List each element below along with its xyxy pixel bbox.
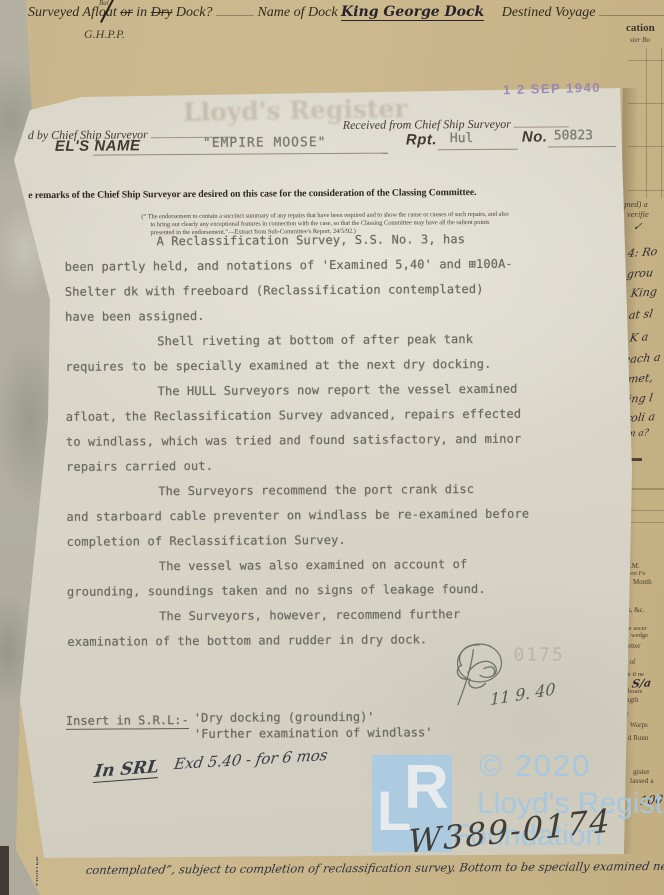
bleed-through-number: 0175 [513, 644, 565, 665]
report-content: d by Chief Ship Surveyor Received from C… [0, 0, 664, 895]
scanned-document: Bal Surveyed Afloat or in Dry Dock? Name… [0, 0, 664, 895]
typed-report-body: A Reclassification Survey, S.S. No. 3, h… [65, 232, 538, 660]
report-line: The Surveyors recommend the port crank d… [66, 482, 536, 510]
insert-item: 'Further examination of windlass' [194, 725, 433, 741]
form-rule [548, 146, 616, 147]
report-line: to windlass, which was tried and found s… [66, 432, 536, 460]
vessel-name-label: EL'S NAME [55, 137, 141, 155]
report-line: Shelter dk with freeboard (Reclassificat… [65, 282, 535, 310]
rpt-value: Hul [450, 131, 474, 146]
report-line: afloat, the Reclassification Survey adva… [66, 407, 536, 435]
report-line: have been assigned. [65, 307, 535, 335]
report-line: The Surveyors, however, recommend furthe… [67, 607, 537, 635]
rpt-label: Rpt. [406, 131, 437, 148]
no-value: 50823 [554, 128, 593, 143]
insert-item: 'Dry docking (grounding)' [194, 710, 375, 725]
blank-line [514, 115, 569, 127]
report-line: Shell riveting at bottom of after peak t… [65, 332, 535, 360]
report-line: A Reclassification Survey, S.S. No. 3, h… [65, 232, 535, 260]
insert-label: Insert in S.R.L:- [66, 713, 189, 730]
vessel-name-value: "EMPIRE MOOSE" [203, 135, 327, 151]
form-rule [438, 149, 518, 151]
report-line: The vessel was also examined on account … [67, 557, 537, 585]
vertical-stamp: PRINTED [36, 852, 52, 895]
report-line: grounding, soundings taken and no signs … [67, 582, 537, 610]
report-line: and starboard cable preventer on windlas… [66, 507, 536, 535]
report-line: been partly held, and notations of 'Exam… [65, 257, 535, 285]
exd-note: Exd 5.40 - for 6 mos [173, 746, 329, 773]
report-line: completion of Reclassification Survey. [67, 532, 537, 560]
report-line: The HULL Surveyors now report the vessel… [66, 382, 536, 410]
binding-edge [0, 846, 9, 895]
in-srl-note: In SRL [93, 757, 160, 783]
vertical-stamp-text: PRINTED [36, 856, 40, 886]
report-line: repairs carried out. [66, 457, 536, 485]
received-from-text: Received from Chief Ship Surveyor [343, 117, 511, 132]
no-label: No. [522, 128, 548, 145]
committee-instruction: e remarks of the Chief Ship Surveyor are… [28, 186, 603, 201]
footnote-line: to bring out clearly any exceptional fea… [150, 219, 489, 228]
report-line: requires to be specially examined at the… [65, 357, 535, 385]
